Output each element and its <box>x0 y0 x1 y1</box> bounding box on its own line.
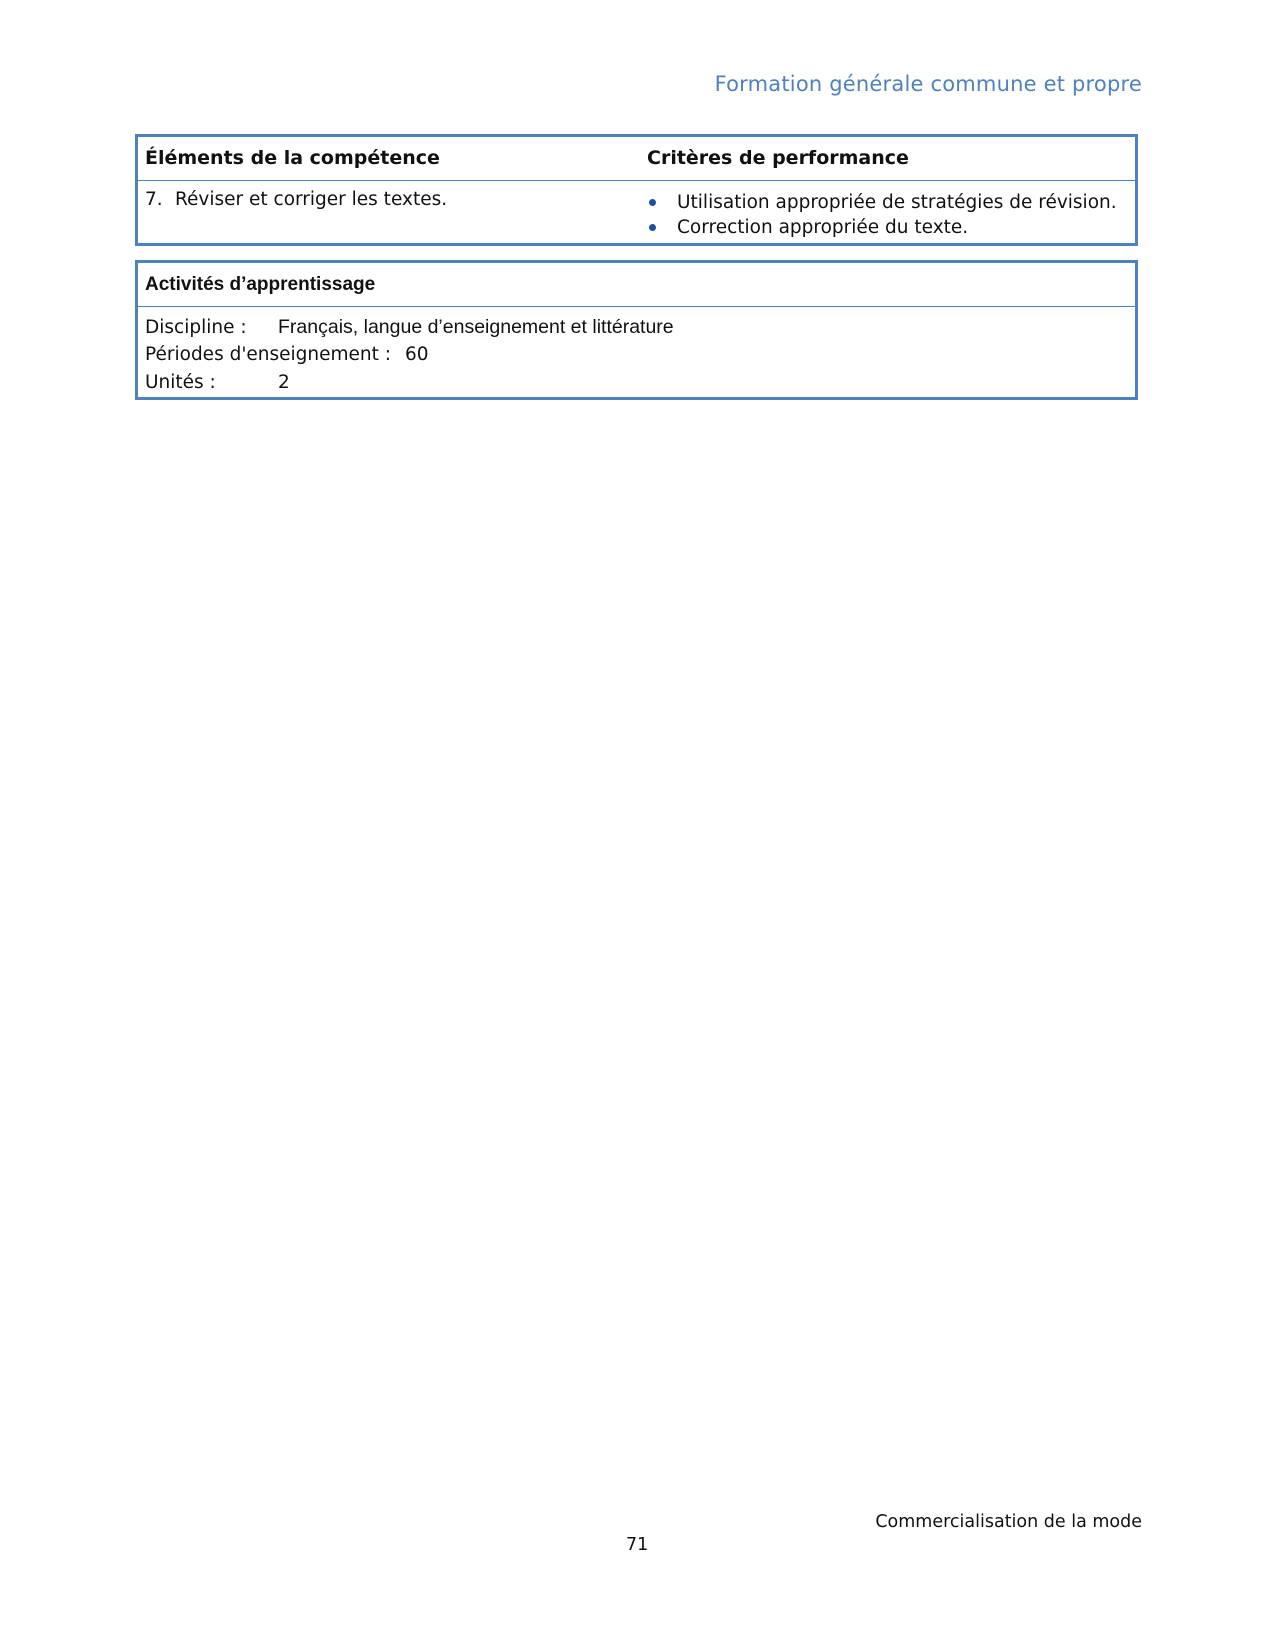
footer-program-name: Commercialisation de la mode <box>875 1512 1142 1532</box>
bullet-icon <box>649 199 656 206</box>
activities-info: Discipline :Français, langue d’enseignem… <box>145 313 674 397</box>
page-number: 71 <box>626 1535 648 1555</box>
activities-header-row: Activités d’apprentissage <box>138 263 1135 307</box>
activities-title: Activités d’apprentissage <box>145 263 375 306</box>
col-header-criteria: Critères de performance <box>647 137 909 180</box>
discipline-value: Français, langue d’enseignement et litté… <box>278 316 674 338</box>
criteria-item: Correction appropriée du texte. <box>647 215 1117 240</box>
periods-label: Périodes d'enseignement : <box>145 341 391 369</box>
discipline-label: Discipline : <box>145 314 278 342</box>
element-cell: 7.Réviser et corriger les textes. <box>145 189 447 210</box>
bullet-icon <box>649 224 656 231</box>
units-line: Unités :2 <box>145 369 674 397</box>
criteria-list: Utilisation appropriée de stratégies de … <box>647 190 1117 240</box>
periods-value: 60 <box>405 344 429 365</box>
element-number: 7. <box>145 189 175 210</box>
periods-line: Périodes d'enseignement :60 <box>145 341 674 369</box>
competence-table: Éléments de la compétence Critères de pe… <box>135 134 1138 246</box>
activities-table: Activités d’apprentissage Discipline :Fr… <box>135 260 1138 400</box>
competence-table-header-row: Éléments de la compétence Critères de pe… <box>138 137 1135 181</box>
discipline-line: Discipline :Français, langue d’enseignem… <box>145 313 674 341</box>
col-header-elements: Éléments de la compétence <box>145 137 440 180</box>
element-text: Réviser et corriger les textes. <box>175 189 447 210</box>
criteria-item: Utilisation appropriée de stratégies de … <box>647 190 1117 215</box>
units-value: 2 <box>278 372 290 393</box>
running-header-title: Formation générale commune et propre <box>715 72 1142 96</box>
units-label: Unités : <box>145 369 278 397</box>
